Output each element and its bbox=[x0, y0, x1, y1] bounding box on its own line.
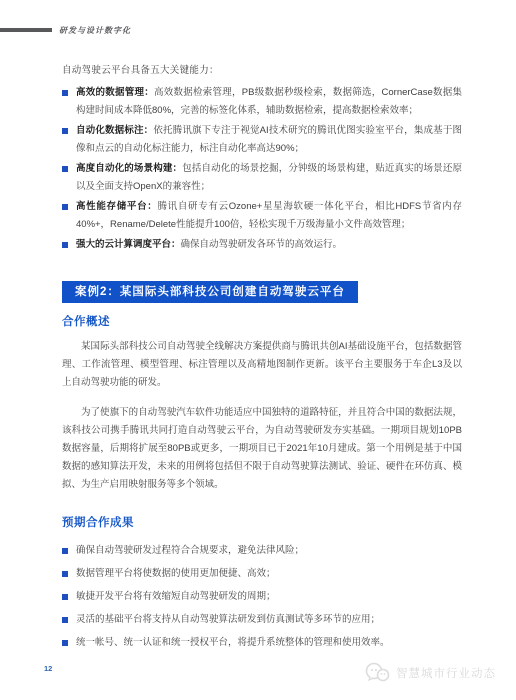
page-number: 12 bbox=[44, 664, 52, 673]
list-item-lead: 高性能存储平台： bbox=[76, 201, 157, 212]
list-item: 高性能存储平台：腾讯自研专有云Ozone+星星海软硬一体化平台，相比HDFS节省… bbox=[62, 198, 462, 234]
list-item-lead: 高效的数据管理： bbox=[76, 87, 154, 98]
overview-paragraph: 为了使旗下的自动驾驶汽车软件功能适应中国独特的道路特征，并且符合中国的数据法规，… bbox=[62, 404, 462, 494]
header-rule bbox=[0, 28, 52, 32]
bullet-square-icon bbox=[62, 571, 68, 577]
document-page: 研发与设计数字化 自动驾驶云平台具备五大关键能力： 高效的数据管理：高效数据检索… bbox=[0, 0, 516, 700]
bullet-square-icon bbox=[62, 548, 68, 554]
chat-bubbles-icon bbox=[364, 661, 392, 685]
list-item-text: 确保自动驾驶研发过程符合合规要求，避免法律风险； bbox=[76, 542, 304, 560]
list-item-text: 数据管理平台将使数据的使用更加便捷、高效； bbox=[76, 565, 276, 583]
list-item: 数据管理平台将使数据的使用更加便捷、高效； bbox=[62, 565, 462, 583]
page-header: 研发与设计数字化 bbox=[0, 25, 131, 35]
bullet-square-icon bbox=[62, 166, 68, 172]
watermark-text: 智慧城市行业动态 bbox=[396, 665, 496, 681]
bullet-square-icon bbox=[62, 640, 68, 646]
bullet-square-icon bbox=[62, 90, 68, 96]
footer-watermark: 智慧城市行业动态 bbox=[364, 661, 496, 685]
header-section-label: 研发与设计数字化 bbox=[59, 25, 131, 36]
list-item-text: 敏捷开发平台将有效缩短自动驾驶研发的周期； bbox=[76, 588, 276, 606]
list-item: 统一帐号、统一认证和统一授权平台，将提升系统整体的管理和使用效率。 bbox=[62, 634, 462, 652]
list-item-lead: 强大的云计算调度平台： bbox=[76, 239, 181, 250]
bullet-square-icon bbox=[62, 617, 68, 623]
list-item: 高效的数据管理：高效数据检索管理，PB级数据秒级检索，数据筛选，CornerCa… bbox=[62, 84, 462, 120]
list-item: 自动化数据标注：依托腾讯旗下专注于视觉AI技术研究的腾讯优图实验室平台，集成基于… bbox=[62, 122, 462, 158]
list-item: 确保自动驾驶研发过程符合合规要求，避免法律风险； bbox=[62, 542, 462, 560]
list-item-text: 自动化数据标注：依托腾讯旗下专注于视觉AI技术研究的腾讯优图实验室平台，集成基于… bbox=[76, 122, 462, 158]
list-item-text: 统一帐号、统一认证和统一授权平台，将提升系统整体的管理和使用效率。 bbox=[76, 634, 390, 652]
list-item-text: 灵活的基础平台将支持从自动驾驶算法研发到仿真测试等多环节的应用； bbox=[76, 611, 380, 629]
intro-line: 自动驾驶云平台具备五大关键能力： bbox=[62, 62, 462, 76]
case-banner: 案例2：某国际头部科技公司创建自动驾驶云平台 bbox=[62, 281, 358, 303]
section-heading-outcomes: 预期合作成果 bbox=[62, 514, 134, 530]
list-item-text: 高效的数据管理：高效数据检索管理，PB级数据秒级检索，数据筛选，CornerCa… bbox=[76, 84, 462, 120]
section-heading-overview: 合作概述 bbox=[62, 313, 110, 329]
bullet-square-icon bbox=[62, 204, 68, 210]
list-item: 强大的云计算调度平台：确保自动驾驶研发各环节的高效运行。 bbox=[62, 236, 462, 254]
list-item-text: 高度自动化的场景构建：包括自动化的场景挖掘，分钟级的场景构建，贴近真实的场景还原… bbox=[76, 160, 462, 196]
list-item-text: 强大的云计算调度平台：确保自动驾驶研发各环节的高效运行。 bbox=[76, 236, 342, 254]
list-item: 灵活的基础平台将支持从自动驾驶算法研发到仿真测试等多环节的应用； bbox=[62, 611, 462, 629]
list-item: 敏捷开发平台将有效缩短自动驾驶研发的周期； bbox=[62, 588, 462, 606]
bullet-square-icon bbox=[62, 594, 68, 600]
capability-list: 高效的数据管理：高效数据检索管理，PB级数据秒级检索，数据筛选，CornerCa… bbox=[62, 84, 462, 256]
overview-paragraph: 某国际头部科技公司自动驾驶全线解决方案提供商与腾讯共创AI基础设施平台，包括数据… bbox=[62, 338, 462, 392]
list-item: 高度自动化的场景构建：包括自动化的场景挖掘，分钟级的场景构建，贴近真实的场景还原… bbox=[62, 160, 462, 196]
outcomes-list: 确保自动驾驶研发过程符合合规要求，避免法律风险； 数据管理平台将使数据的使用更加… bbox=[62, 542, 462, 657]
bullet-square-icon bbox=[62, 242, 68, 248]
bullet-square-icon bbox=[62, 128, 68, 134]
list-item-lead: 自动化数据标注： bbox=[76, 125, 153, 136]
list-item-text: 高性能存储平台：腾讯自研专有云Ozone+星星海软硬一体化平台，相比HDFS节省… bbox=[76, 198, 462, 234]
list-item-lead: 高度自动化的场景构建： bbox=[76, 163, 182, 174]
